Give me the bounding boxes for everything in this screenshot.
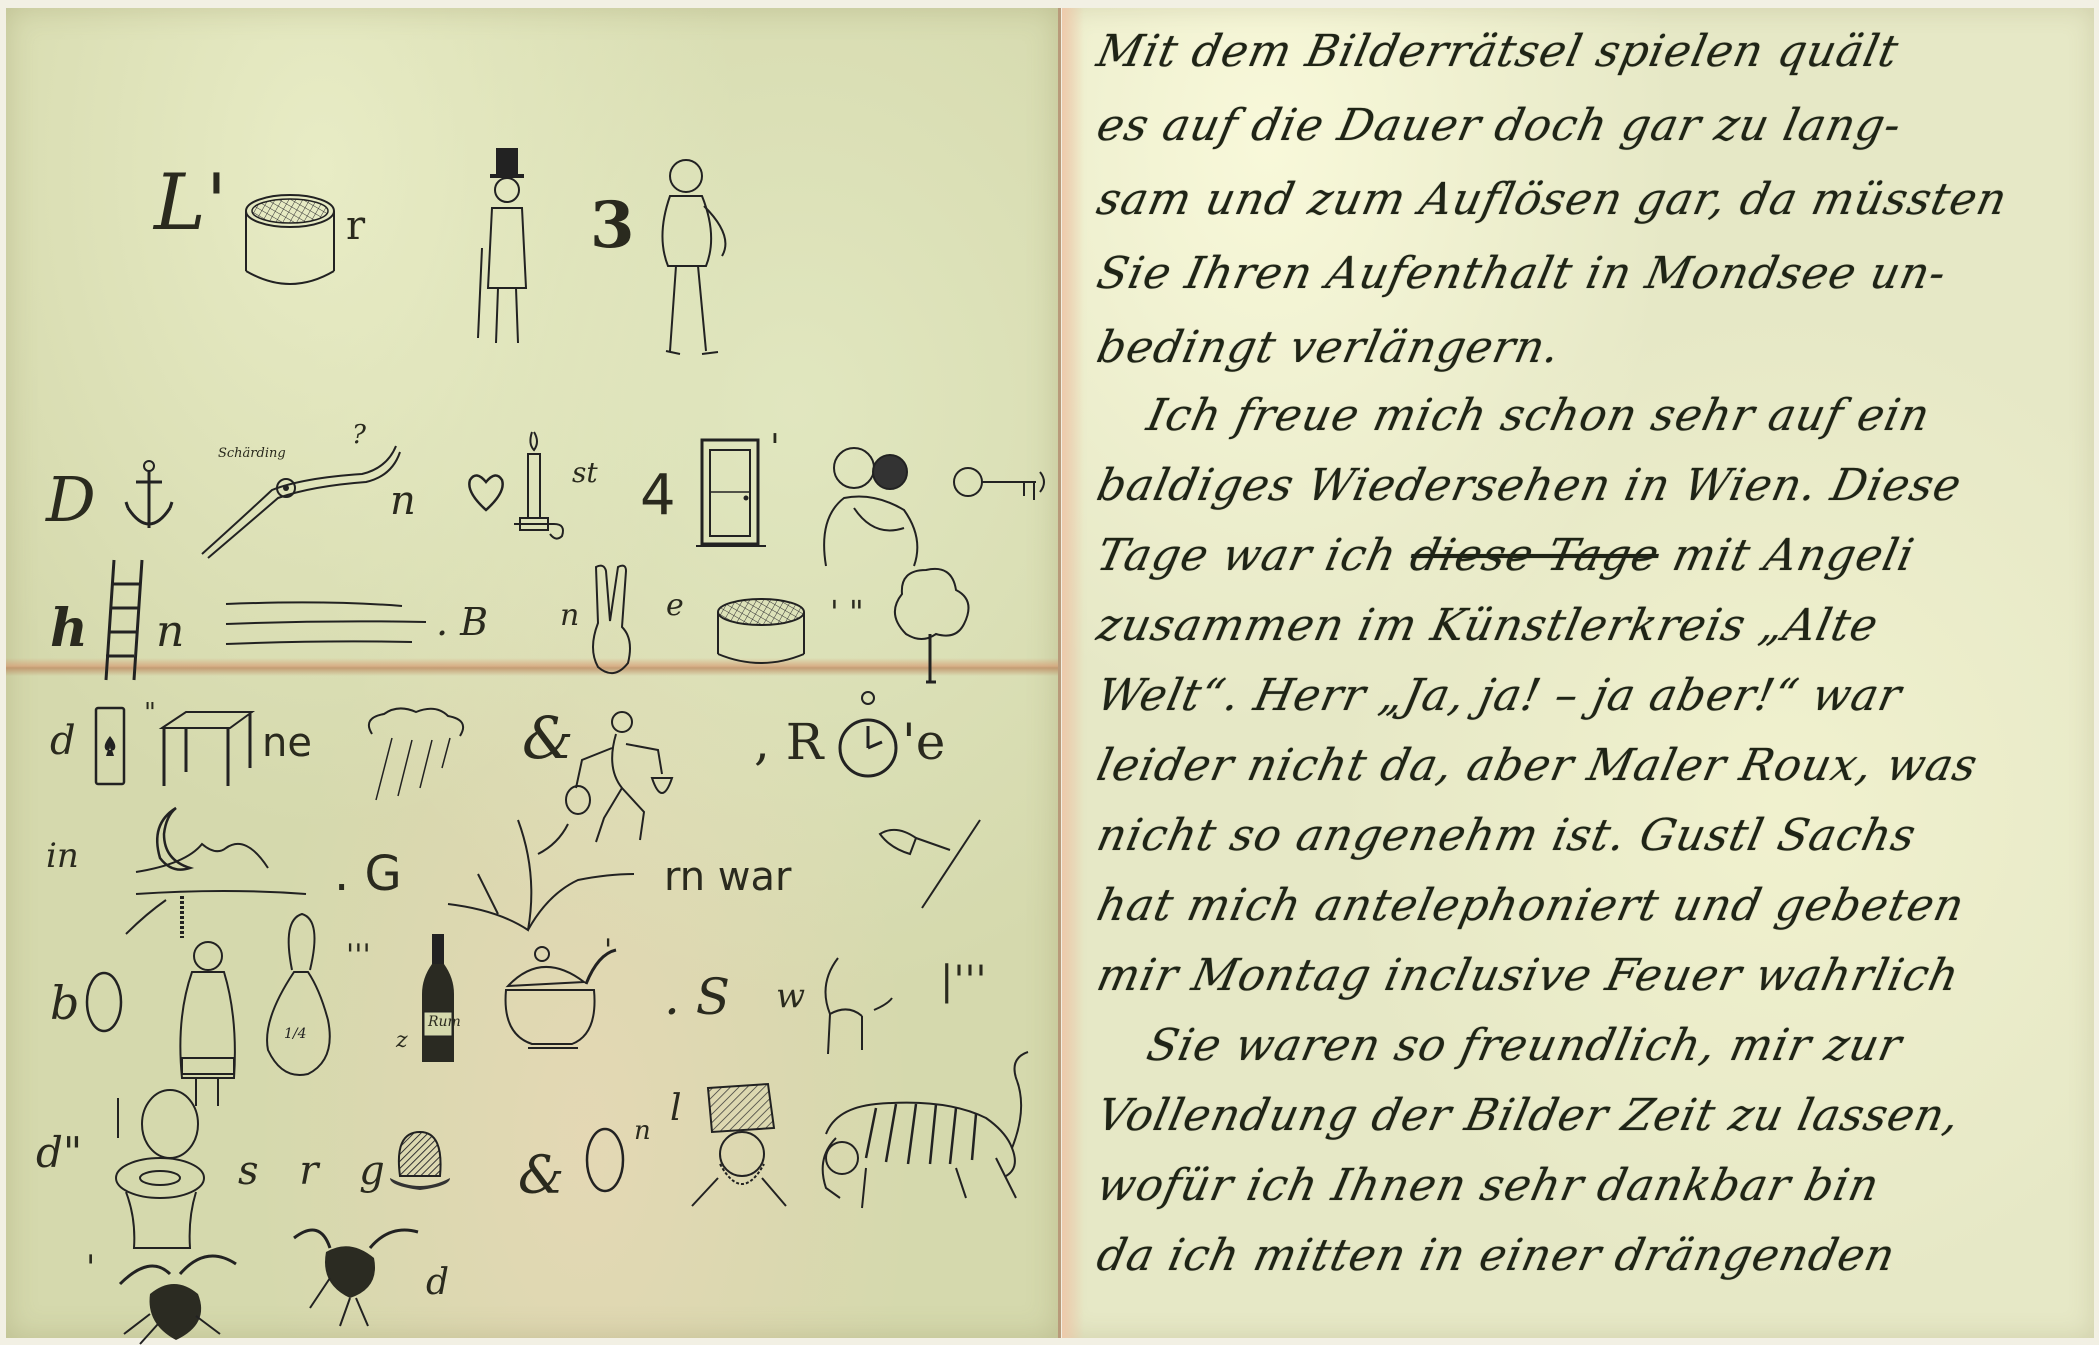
- scan-frame: L' r 3 D Schärding ? n st 4: [0, 0, 2099, 1345]
- letter-line: Mit dem Bilderrätsel spielen quält: [1093, 26, 1904, 77]
- rebus-text: 4: [640, 463, 676, 528]
- broom-icon: [876, 820, 986, 914]
- anchor-icon: [124, 460, 174, 536]
- bearded-face-with-cap-icon: [688, 1078, 788, 1212]
- struck-text: diese Tage: [1406, 530, 1664, 581]
- rebus-text: d": [36, 1128, 82, 1177]
- rebus-text: rn war: [664, 854, 791, 900]
- letter-line: da ich mitten in einer drängenden: [1093, 1230, 1901, 1281]
- rebus-text: s r g: [238, 1148, 399, 1194]
- map-river-icon: Schärding ?: [202, 428, 402, 562]
- door-icon: [696, 438, 766, 554]
- letter-line: Sie waren so freundlich, mir zur: [1143, 1020, 1907, 1071]
- toilet-icon: [106, 1088, 216, 1264]
- rebus-text: . S: [664, 968, 730, 1026]
- letter-line: Welt“. Herr „Ja, ja! – ja aber!“ war: [1093, 670, 1907, 721]
- sieve-icon: [716, 598, 806, 674]
- rebus-text: D: [46, 463, 96, 536]
- rebus-text: n: [560, 598, 579, 633]
- crayfish-icon: [110, 1244, 240, 1345]
- rebus-text: d: [426, 1262, 449, 1303]
- rebus-text: e: [666, 588, 684, 623]
- spine-stain: [1062, 8, 1084, 1338]
- rebus-text: 3: [590, 188, 635, 263]
- rebus-text: , R: [754, 713, 823, 771]
- letter-line: sam und zum Auflösen gar, da müssten: [1093, 174, 2013, 225]
- rebus-text: l: [670, 1088, 682, 1129]
- candle-icon: [506, 428, 566, 552]
- letter-line: Vollendung der Bilder Zeit zu lassen,: [1093, 1090, 1965, 1141]
- rain-cloud-icon: [362, 704, 472, 808]
- bottle-label: Rum: [428, 1014, 461, 1030]
- bathing-figure-icon: [646, 156, 736, 365]
- letter-line: leider nicht da, aber Maler Roux, was: [1093, 740, 1983, 791]
- rebus-text: h: [50, 598, 88, 659]
- letter-line: nicht so angenehm ist. Gustl Sachs: [1093, 810, 1921, 861]
- rebus-text: ': [604, 933, 612, 968]
- map-label: Schärding: [218, 446, 286, 461]
- rebus-text: d: [50, 718, 76, 764]
- sieve-icon: [244, 193, 336, 297]
- bowler-hat-icon: [390, 1128, 450, 1196]
- rebus-text: . G: [334, 846, 402, 902]
- money-bag-icon: 1/4: [262, 910, 342, 1086]
- letter-line: Ich freue mich schon sehr auf ein: [1143, 390, 1935, 441]
- rebus-text: n: [156, 606, 184, 657]
- rebus-text: n: [634, 1116, 651, 1146]
- question-mark: ?: [352, 420, 366, 450]
- rebus-text: &: [518, 1146, 564, 1206]
- rebus-text: ': [770, 428, 780, 469]
- rebus-text: n: [390, 478, 416, 524]
- lines-icon: [226, 598, 426, 652]
- key-icon: [950, 456, 1050, 520]
- egg-outline-icon: [584, 1126, 626, 1198]
- svg-text:1/4: 1/4: [284, 1026, 307, 1042]
- rebus-text: in: [46, 836, 79, 876]
- rebus-text: |''': [940, 958, 986, 1004]
- letter-line: baldiges Wiedersehen in Wien. Diese: [1093, 460, 1967, 511]
- rebus-text: L': [154, 158, 227, 248]
- man-with-top-hat-icon: [476, 148, 536, 352]
- rebus-text: . B: [436, 600, 488, 644]
- bracket-figure-icon: [818, 954, 898, 1058]
- old-woman-icon: [172, 938, 242, 1112]
- tree-icon: [886, 564, 976, 688]
- playing-card-spade-icon: [94, 706, 126, 790]
- pocket-watch-icon: [836, 690, 900, 790]
- letter-line: wofür ich Ihnen sehr dankbar bin: [1093, 1160, 1884, 1211]
- letter-line: zusammen im Künstlerkreis „Alte: [1093, 600, 1883, 651]
- tiger-icon: [806, 1048, 1046, 1222]
- rebus-text: ": [144, 698, 156, 728]
- right-page-letter: Mit dem Bilderrätsel spielen quält es au…: [1062, 8, 2094, 1338]
- ladder-icon: [102, 560, 152, 684]
- rum-bottle-icon: Rum: [418, 934, 458, 1068]
- egg-outline-icon: [84, 970, 124, 1038]
- letter-line: mir Montag inclusive Feuer wahrlich: [1093, 950, 1965, 1001]
- table-icon: [156, 708, 256, 792]
- rebus-text: ': [86, 1248, 95, 1288]
- letter-line: es auf die Dauer doch gar zu lang-: [1093, 100, 1907, 151]
- letter-line: Tage war ich diese Tage mit Angeli: [1093, 530, 1919, 581]
- rebus-text: w: [776, 976, 805, 1016]
- kissing-couple-icon: [814, 438, 934, 572]
- letter-line: Sie Ihren Aufenthalt in Mondsee un-: [1093, 248, 1952, 299]
- rebus-text: r: [346, 203, 365, 249]
- heart-icon: [464, 470, 508, 518]
- left-page-rebus: L' r 3 D Schärding ? n st 4: [6, 8, 1061, 1338]
- crayfish-icon: [290, 1218, 420, 1332]
- rebus-text: z: [396, 1028, 408, 1053]
- rebus-text: ''': [346, 938, 371, 973]
- letter-line: hat mich antelephoniert und gebeten: [1093, 880, 1970, 931]
- letter-line: bedingt verlängern.: [1093, 322, 1566, 373]
- rebus-text: st: [572, 456, 598, 489]
- rebus-text: b: [50, 976, 79, 1030]
- branch-icon: [438, 814, 638, 938]
- hand-two-fingers-icon: [584, 563, 644, 687]
- rebus-text: ' ": [830, 593, 864, 631]
- rebus-text: ne: [262, 720, 312, 766]
- rebus-text: 'e: [902, 713, 945, 771]
